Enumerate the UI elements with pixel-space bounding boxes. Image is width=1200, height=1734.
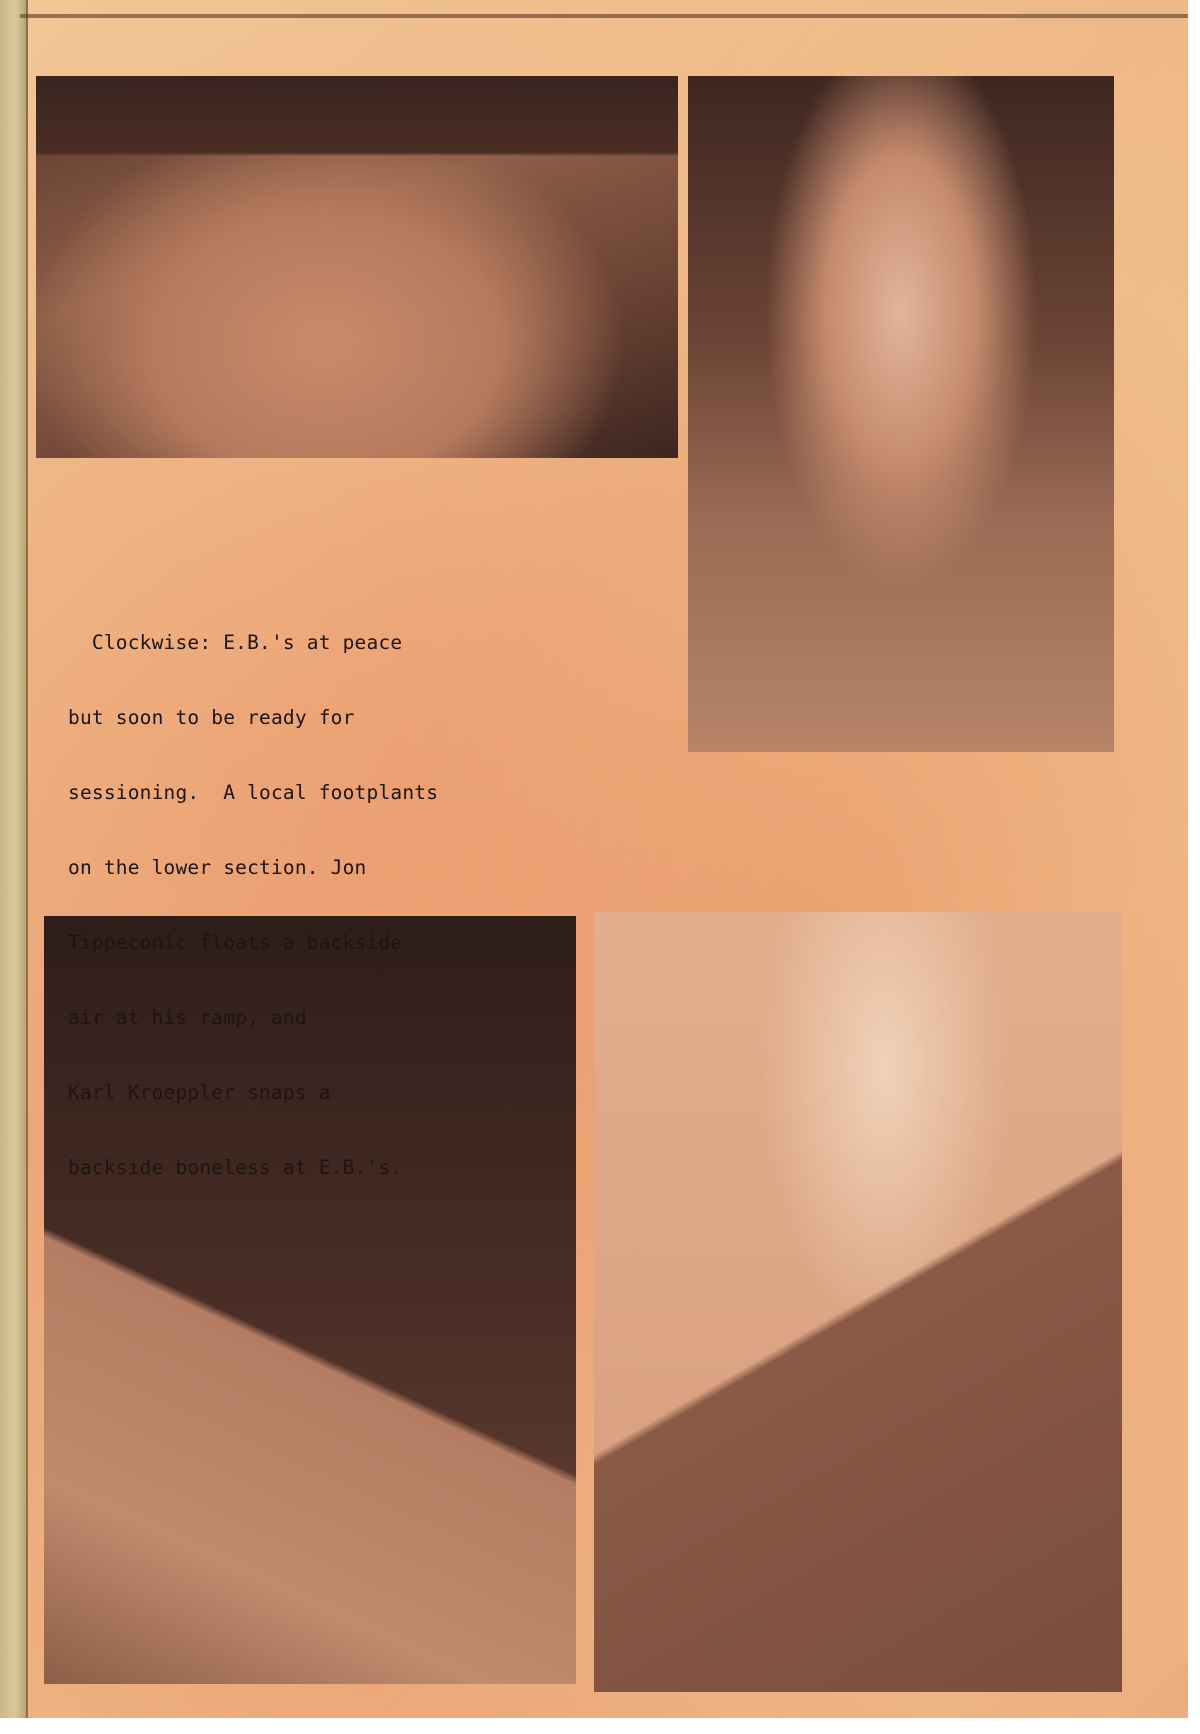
caption-line: but soon to be ready for	[68, 705, 568, 730]
caption-line: Tippeconic floats a backside	[68, 930, 568, 955]
caption-line: Clockwise: E.B.'s at peace	[68, 630, 568, 655]
page-binding-edge	[0, 0, 28, 1718]
photo-empty-halfpipe	[36, 76, 678, 458]
caption-line: air at his ramp, and	[68, 1005, 568, 1030]
caption-line: backside boneless at E.B.'s.	[68, 1155, 568, 1180]
zine-page: Clockwise: E.B.'s at peace but soon to b…	[0, 0, 1188, 1718]
caption-line: Karl Kroeppler snaps a	[68, 1080, 568, 1105]
caption-line: sessioning. A local footplants	[68, 780, 568, 805]
photo-backside-boneless	[594, 912, 1122, 1692]
photo-footplant	[688, 76, 1114, 752]
top-edge-shadow	[20, 14, 1188, 18]
caption-line: on the lower section. Jon	[68, 855, 568, 880]
photo-caption: Clockwise: E.B.'s at peace but soon to b…	[68, 580, 568, 1230]
